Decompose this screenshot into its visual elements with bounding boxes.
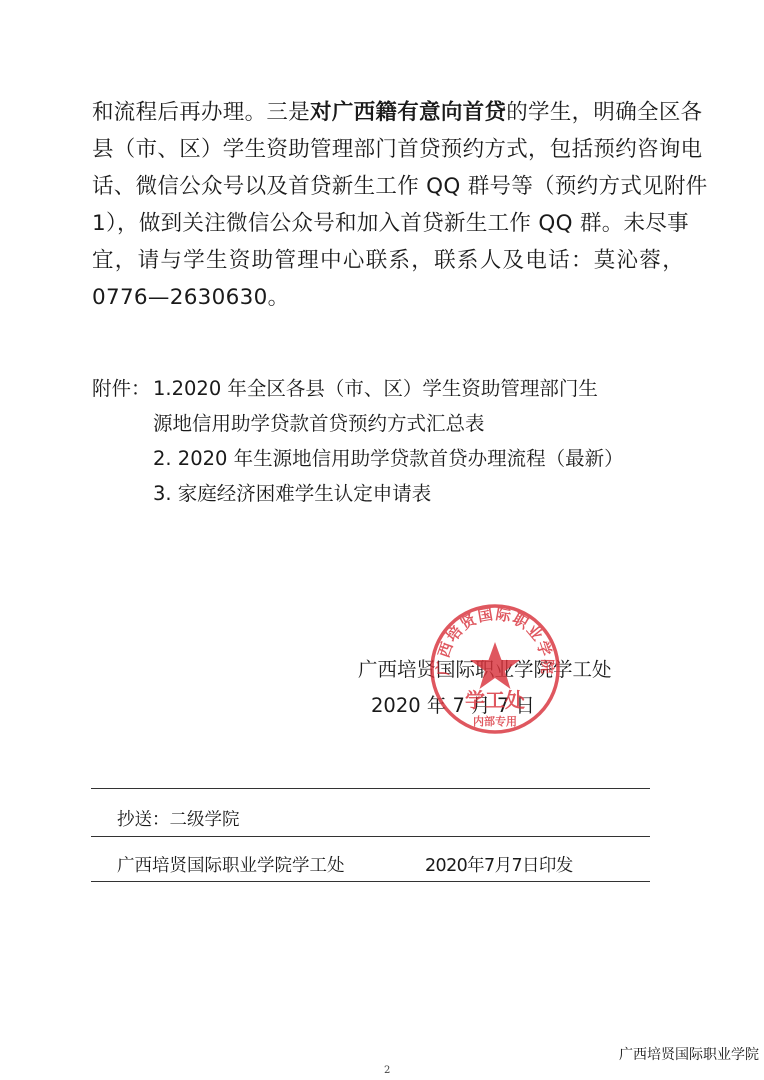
body-text: 的学生，明确全区各 <box>506 100 702 125</box>
attachment-item-2: 2. 2020 年生源地信用助学贷款首贷办理流程（最新） <box>92 441 624 476</box>
attachments-label: 附件： <box>92 371 153 406</box>
divider-bottom <box>91 881 650 882</box>
issuer-line: 广西培贤国际职业学院学工处 2020年7月7日印发 <box>117 852 637 877</box>
attachment-item-text: 源地信用助学贷款首贷预约方式汇总表 <box>153 406 485 441</box>
attachment-item-text: 1.2020 年全区各县（市、区）学生资助管理部门生 <box>153 371 598 406</box>
body-line-4: 1），做到关注微信公众号和加入首贷新生工作 QQ 群。未尽事 <box>92 205 684 242</box>
body-text: 和流程后再办理。三是 <box>92 100 310 125</box>
body-line-1: 和流程后再办理。三是对广西籍有意向首贷的学生，明确全区各 <box>92 94 684 131</box>
body-line-6: 0776—2630630。 <box>92 279 684 316</box>
attachment-item-1-continued: 源地信用助学贷款首贷预约方式汇总表 <box>92 406 624 441</box>
body-line-3: 话、微信公众号以及首贷新生工作 QQ 群号等（预约方式见附件 <box>92 168 684 205</box>
attachment-item-text: 3. 家庭经济困难学生认定申请表 <box>153 476 431 511</box>
attachment-item-3: 3. 家庭经济困难学生认定申请表 <box>92 476 624 511</box>
attachments-list: 附件： 1.2020 年全区各县（市、区）学生资助管理部门生 源地信用助学贷款首… <box>92 371 624 511</box>
body-line-2: 县（市、区）学生资助管理部门首贷预约方式，包括预约咨询电 <box>92 131 684 168</box>
signature-organization: 广西培贤国际职业学院学工处 <box>358 654 612 682</box>
cc-value: 二级学院 <box>170 810 240 830</box>
body-paragraph: 和流程后再办理。三是对广西籍有意向首贷的学生，明确全区各 县（市、区）学生资助管… <box>92 94 684 316</box>
issuer-name: 广西培贤国际职业学院学工处 <box>117 856 345 876</box>
footer-organization: 广西培贤国际职业学院 <box>619 1044 759 1064</box>
divider-top <box>91 788 650 789</box>
body-line-5: 宜，请与学生资助管理中心联系，联系人及电话：莫沁蓉， <box>92 242 684 279</box>
page-number: 2 <box>384 1065 390 1076</box>
signature-date: 2020 年 7 月 7 日 <box>371 690 535 718</box>
divider-middle <box>91 836 650 837</box>
emphasized-text: 对广西籍有意向首贷 <box>310 100 506 125</box>
cc-line: 抄送：二级学院 <box>117 806 240 831</box>
issue-date: 2020年7月7日印发 <box>425 852 573 877</box>
cc-label: 抄送： <box>117 810 170 830</box>
attachment-item-text: 2. 2020 年生源地信用助学贷款首贷办理流程（最新） <box>153 441 624 476</box>
attachment-item-1: 附件： 1.2020 年全区各县（市、区）学生资助管理部门生 <box>92 371 624 406</box>
document-page: 和流程后再办理。三是对广西籍有意向首贷的学生，明确全区各 县（市、区）学生资助管… <box>0 0 764 1080</box>
